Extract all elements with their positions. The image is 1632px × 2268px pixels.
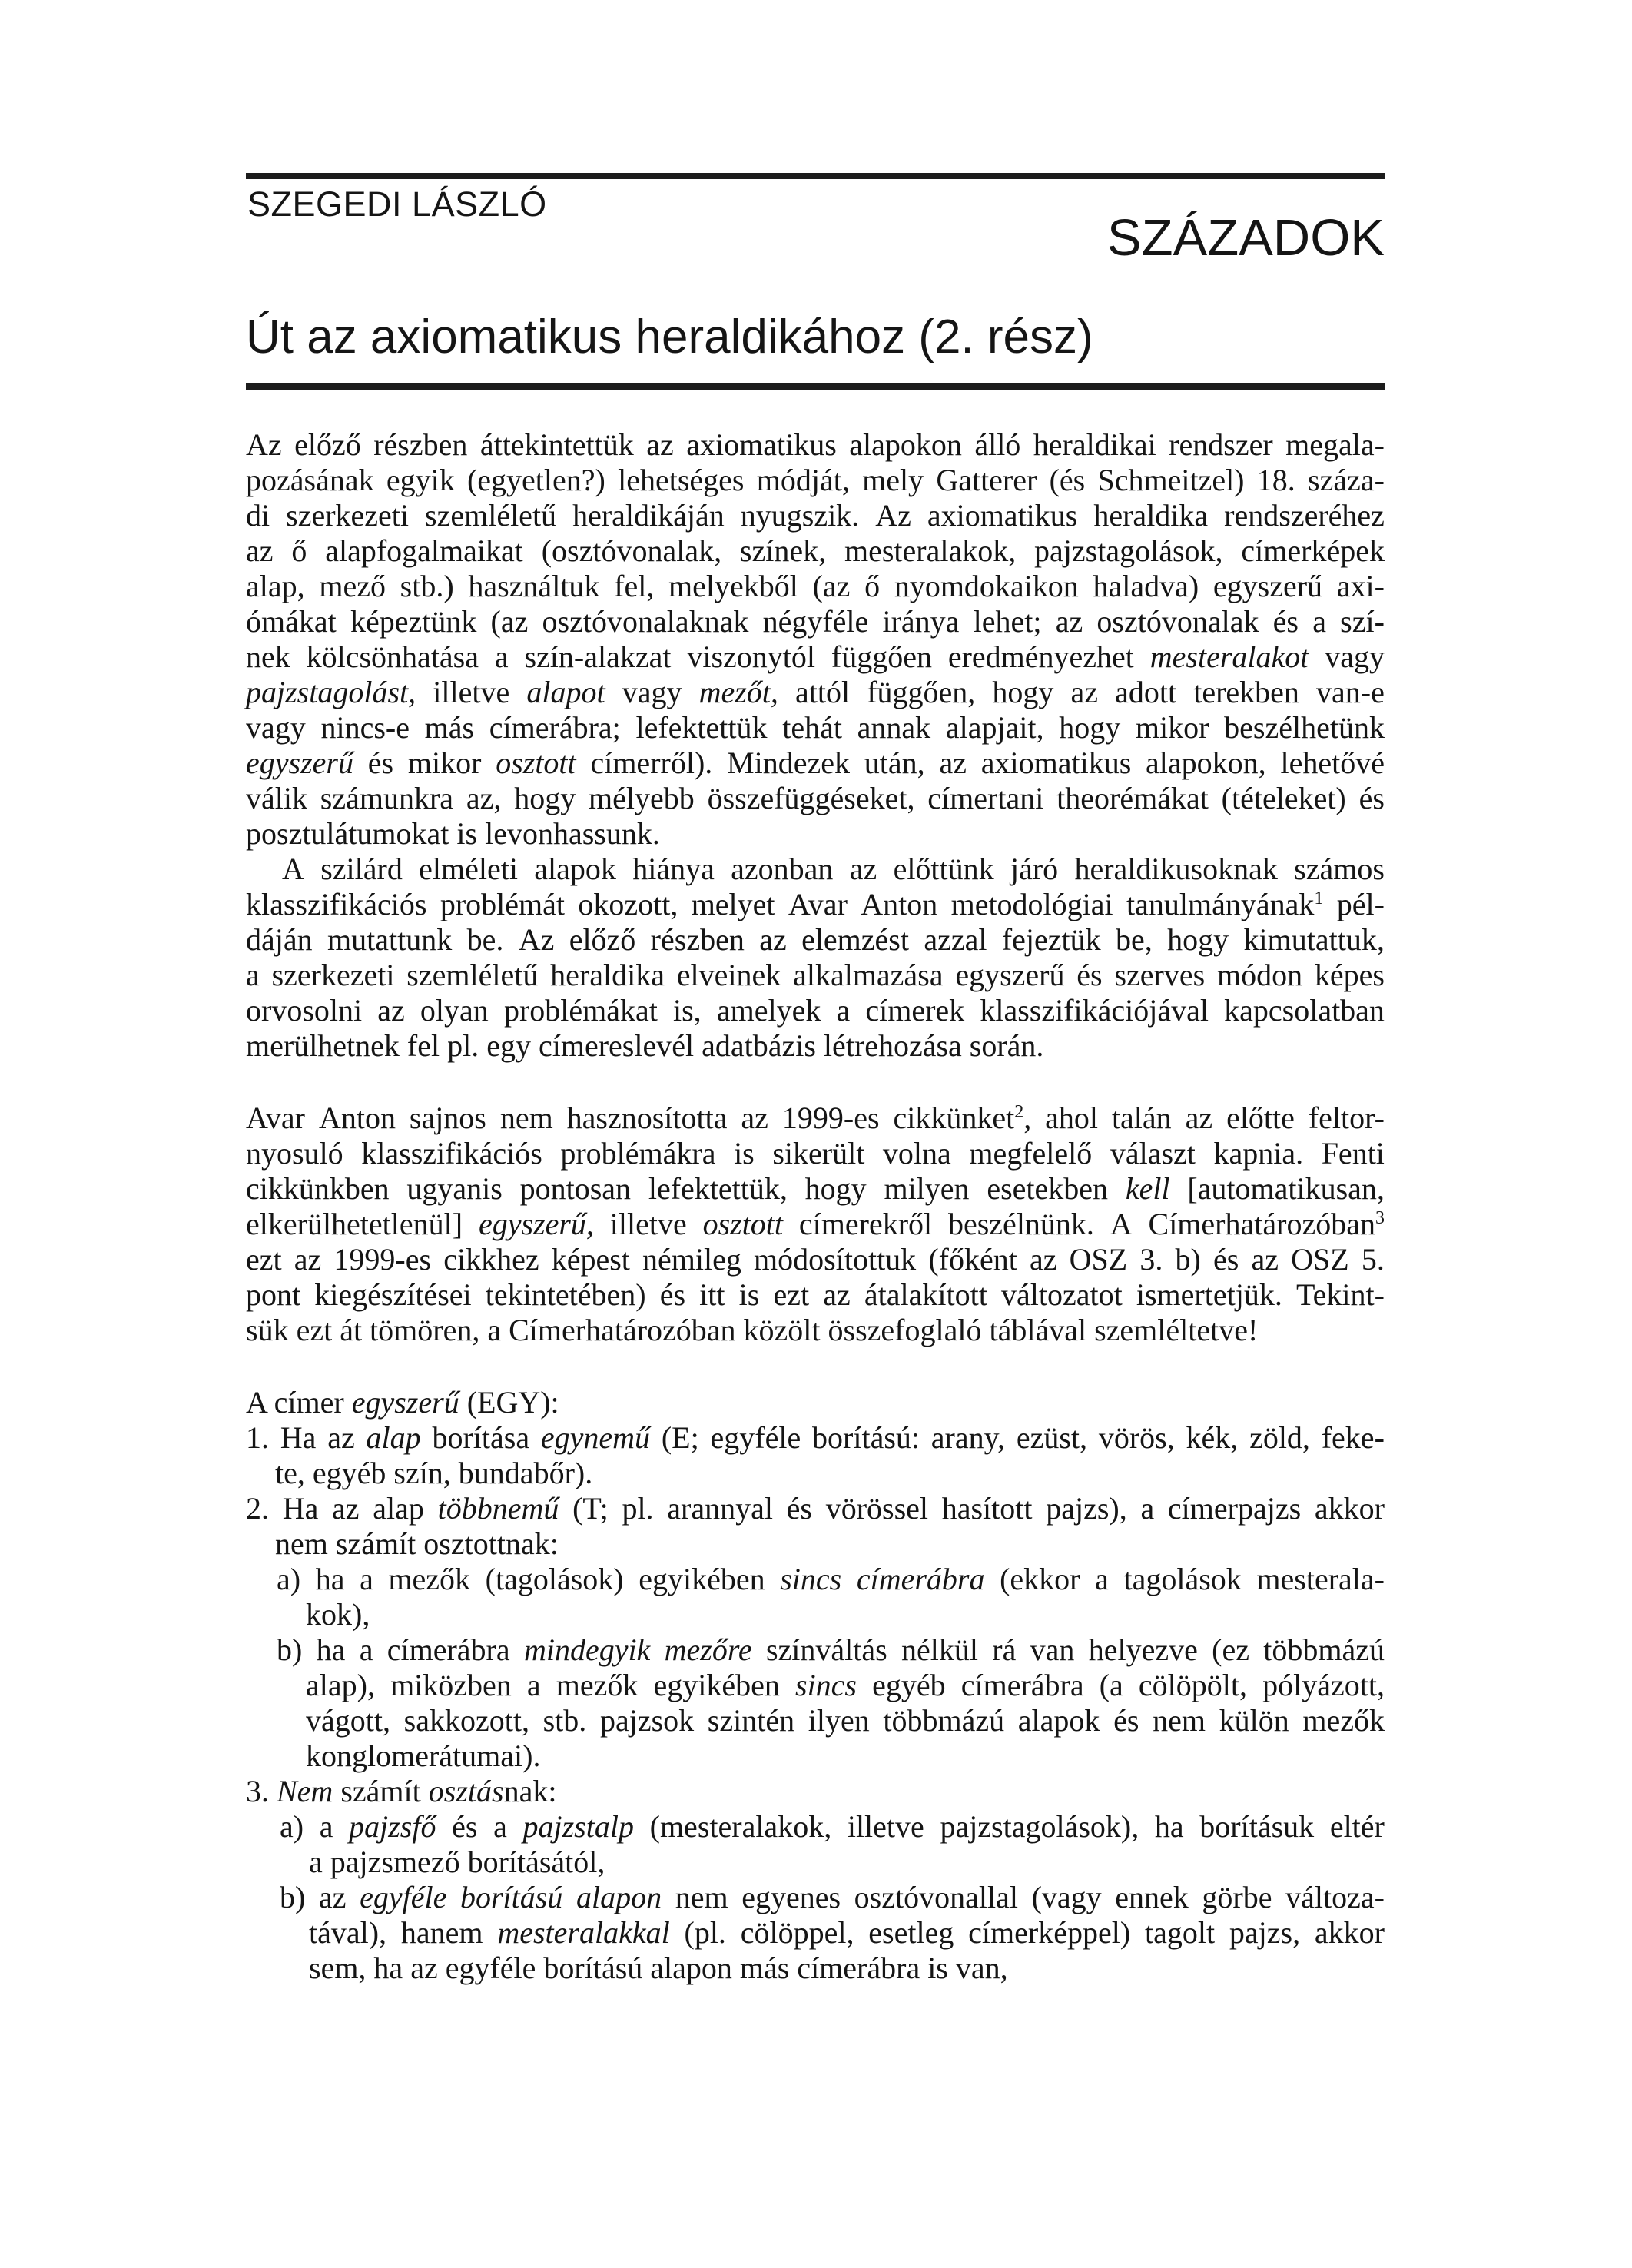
- text-run: sincs: [795, 1668, 857, 1702]
- text-run: haladva): [1093, 569, 1199, 603]
- text-run: (T;: [572, 1491, 609, 1526]
- text-run: képest: [552, 1242, 630, 1277]
- text-run: címerképek: [1241, 533, 1385, 568]
- word: pajzsok: [600, 1703, 694, 1738]
- text-run: görbe: [1202, 1880, 1272, 1914]
- word: szintén: [708, 1703, 794, 1738]
- word: színváltás: [766, 1632, 887, 1668]
- word: ugyanis: [406, 1171, 502, 1207]
- text-run: vörössel: [826, 1491, 928, 1526]
- word: mesteralakot: [1150, 639, 1309, 675]
- text-line: sem, ha az egyféle borítású alapon más c…: [246, 1951, 1385, 1986]
- word: osztott: [496, 745, 576, 781]
- word: álló: [974, 427, 1020, 463]
- text-run: alapfogalmaikat: [325, 533, 523, 568]
- text-line: tával),hanemmesteralakkal(pl.cölöppel,es…: [246, 1915, 1385, 1951]
- text-run: pajzs,: [1229, 1915, 1300, 1950]
- text-run: pajzstagolást,: [246, 675, 416, 709]
- text-run: olyan: [420, 993, 489, 1028]
- text-run: sikerült: [772, 1136, 864, 1171]
- word: elveinek: [677, 958, 781, 993]
- word: a: [1312, 604, 1326, 639]
- text-run: kimutattuk,: [1244, 922, 1385, 957]
- text-run: részben: [373, 427, 467, 462]
- text-line: aszerkezetiszemléletűheraldikaelveinekal…: [246, 958, 1385, 993]
- text-run: ha: [317, 1632, 346, 1667]
- word: (ekkor: [1000, 1562, 1080, 1597]
- word: heraldikáján: [572, 498, 725, 533]
- word: áttekintettük: [480, 427, 634, 463]
- word: az: [1071, 675, 1099, 710]
- word: változa-: [1285, 1880, 1385, 1915]
- text-run: Nem: [277, 1774, 333, 1808]
- text-run: itt: [699, 1277, 725, 1312]
- text-run: borítású:: [812, 1420, 920, 1455]
- word: szilárd: [320, 852, 403, 887]
- text-run: hogy: [805, 1171, 867, 1206]
- body-text: Azelőzőrészbenáttekintettükazaxiomatikus…: [246, 427, 1385, 1986]
- word: az: [319, 1880, 347, 1915]
- word: egyszerű: [955, 958, 1064, 993]
- text-run: pél-: [1337, 887, 1385, 921]
- word: a: [527, 1668, 541, 1703]
- text-run: címerábra: [961, 1668, 1084, 1702]
- text-run: az: [377, 993, 405, 1028]
- word: kölcsönhatása: [307, 639, 479, 675]
- text-run: mezőre: [665, 1632, 752, 1667]
- text-run: változatot: [1001, 1277, 1123, 1312]
- text-run: az: [327, 1420, 355, 1455]
- text-run: mesteralakot: [1150, 639, 1309, 674]
- text-run: szemléletű: [425, 498, 556, 533]
- word: címerpajzs: [1168, 1491, 1301, 1526]
- word: nincs-e: [320, 710, 410, 745]
- word: axiomatikus: [927, 498, 1078, 533]
- text-run: és: [660, 1277, 685, 1312]
- text-run: (mesteralakok,: [650, 1809, 832, 1844]
- text-run: esetekben: [987, 1171, 1108, 1206]
- word: a: [495, 639, 509, 675]
- word: az: [1030, 1242, 1057, 1277]
- text-run: pajzsok: [600, 1703, 694, 1738]
- text-line: b)haacímerábramindegyikmezőreszínváltásn…: [246, 1632, 1385, 1668]
- word: nem: [500, 1101, 553, 1136]
- word: problémákra: [560, 1136, 715, 1171]
- text-line: Azelőzőrészbenáttekintettükazaxiomatikus…: [246, 427, 1385, 463]
- word: 5.: [1362, 1242, 1385, 1277]
- word: a: [1095, 1562, 1109, 1597]
- word: többnemű: [438, 1491, 559, 1526]
- text-run: orvosolni: [246, 993, 362, 1028]
- text-run: vágott,: [306, 1703, 390, 1738]
- text-line: alap,mezőstb.)használtukfel,melyekből(az…: [246, 569, 1385, 604]
- word: mélyebb: [589, 781, 695, 816]
- word: egyik: [386, 463, 455, 498]
- text-run: Mindezek: [727, 745, 850, 780]
- text-run: előző: [569, 922, 636, 957]
- word: ilyen: [808, 1703, 870, 1738]
- text-run: az: [741, 1101, 768, 1135]
- word: a: [246, 958, 260, 993]
- word: b): [1176, 1242, 1201, 1277]
- text-run: osztott: [496, 745, 576, 780]
- word: tagolt: [1145, 1915, 1215, 1951]
- text-run: problémát: [440, 887, 565, 921]
- text-run: (az: [813, 569, 851, 603]
- text-run: iránya: [882, 604, 959, 639]
- word: adott: [1115, 675, 1176, 710]
- word: és: [660, 1277, 685, 1313]
- text-run: Az: [246, 427, 282, 462]
- word: mesterala-: [1256, 1562, 1385, 1597]
- text-run: pajzsfő: [349, 1809, 436, 1844]
- text-run: az: [1186, 1101, 1213, 1135]
- word: osztóvonallal: [854, 1880, 1018, 1915]
- text-run: vörös,: [1099, 1420, 1175, 1455]
- text-run: mélyebb: [589, 781, 695, 815]
- text-run: azonban: [731, 852, 833, 886]
- text-run: a: [360, 1562, 373, 1596]
- word: orvosolni: [246, 993, 362, 1028]
- text-run: a): [277, 1562, 300, 1596]
- text-run: szintén: [708, 1703, 794, 1738]
- text-run: ugyanis: [406, 1171, 502, 1206]
- text-run: alap: [367, 1420, 421, 1455]
- word: előző: [294, 427, 361, 463]
- word: alap,: [246, 569, 305, 604]
- text-run: egyféle: [711, 1420, 801, 1455]
- text-run: ő: [291, 533, 307, 568]
- word: Gatterer: [936, 463, 1037, 498]
- text-run: ómákat: [246, 604, 337, 639]
- text-run: stb.): [400, 569, 454, 603]
- text-run: 1999-es: [333, 1242, 431, 1277]
- word: dáján: [246, 922, 313, 958]
- text-run: nyomdokaikon: [894, 569, 1079, 603]
- text-run: mezők: [556, 1668, 639, 1702]
- word: előtte: [1226, 1101, 1295, 1136]
- word: esetekben: [987, 1171, 1108, 1207]
- text-run: eredményezhet: [948, 639, 1134, 674]
- word: egyféle: [711, 1420, 801, 1456]
- word: melyet: [692, 887, 775, 922]
- text-run: alapokon,: [1146, 745, 1266, 780]
- text-run: szín-alakzat: [524, 639, 671, 674]
- word: eltér: [1330, 1809, 1385, 1845]
- word: terekben: [1193, 675, 1299, 710]
- text-run: akkor: [1315, 1915, 1385, 1950]
- text-run: az: [1071, 675, 1099, 709]
- word: 1999-es: [333, 1242, 431, 1277]
- word: és: [368, 745, 393, 781]
- text-run: az: [823, 1277, 851, 1312]
- text-line: a)apajzsfőésapajzstalp(mesteralakok,ille…: [246, 1809, 1385, 1845]
- word: az: [246, 533, 274, 569]
- word: hogy: [514, 781, 576, 816]
- word: többmázú: [1263, 1632, 1385, 1668]
- word: akkor: [1315, 1915, 1385, 1951]
- text-run: mikor: [1136, 710, 1209, 745]
- word: vörös,: [1099, 1420, 1175, 1456]
- word: mely: [862, 463, 924, 498]
- text-run: után,: [864, 745, 925, 780]
- text-run: annak: [857, 710, 931, 745]
- text-run: egyikében: [639, 1562, 765, 1596]
- text-run: az,: [466, 781, 502, 815]
- text-run: arannyal: [667, 1491, 773, 1526]
- word: alapok: [1018, 1703, 1100, 1738]
- word: problémákat: [504, 993, 658, 1028]
- word: azzal: [924, 922, 987, 958]
- text-run: Anton: [861, 887, 937, 921]
- word: alap),: [306, 1668, 375, 1703]
- word: pontosan: [520, 1171, 631, 1207]
- text-run: alkalmazása: [793, 958, 943, 992]
- word: itt: [699, 1277, 725, 1313]
- word: szín-alakzat: [524, 639, 671, 675]
- word: pajzs),: [1046, 1491, 1127, 1526]
- word: mesteralakkal: [497, 1915, 669, 1951]
- word: válik: [246, 781, 307, 816]
- text-run: egyféle: [360, 1880, 446, 1914]
- text-run: Anton: [319, 1101, 396, 1135]
- text-run: is: [734, 1136, 755, 1171]
- word: van-e: [1316, 675, 1385, 710]
- text-run: Avar: [246, 1101, 305, 1135]
- text-run: mikor: [408, 745, 482, 780]
- text-run: és: [787, 1491, 812, 1526]
- text-run: függően,: [867, 675, 975, 709]
- word: függően: [831, 639, 932, 675]
- text-run: a: [836, 993, 850, 1028]
- word: sajnos: [410, 1101, 486, 1136]
- text-run: nyosuló: [246, 1136, 343, 1171]
- word: számunkra: [320, 781, 453, 816]
- word: az: [646, 427, 674, 463]
- text-line: egyszerűésmikorosztottcímerről).Mindezek…: [246, 745, 1385, 781]
- word: szemléletű: [425, 498, 556, 533]
- text-run: axiomatikus: [686, 427, 837, 462]
- text-run: amelyek: [717, 993, 821, 1028]
- word: Avar: [246, 1101, 305, 1136]
- text-run: az: [850, 852, 877, 886]
- word: az: [939, 745, 967, 781]
- text-run: klasszifikációjával: [980, 993, 1209, 1028]
- text-run: a: [527, 1668, 541, 1702]
- text-line: 3. Nem számít osztásnak:: [246, 1774, 1385, 1809]
- text-run: Gatterer: [936, 463, 1037, 497]
- word: sincs: [795, 1668, 857, 1703]
- text-run: sincs: [780, 1562, 841, 1596]
- text-run: akkor: [1315, 1491, 1385, 1526]
- text-run: rendszeréhez: [1224, 498, 1385, 533]
- text-run: járó: [1010, 852, 1058, 886]
- text-run: hogy: [1167, 922, 1229, 957]
- word: függően,: [867, 675, 975, 710]
- text-run: négyféle: [763, 604, 869, 639]
- text-run: pontosan: [520, 1171, 631, 1206]
- text-run: Schmeitzel): [1097, 463, 1244, 497]
- text-run: Ha: [280, 1420, 317, 1455]
- text-line: a pajzsmező borításától,: [246, 1845, 1385, 1880]
- text-run: stb.: [543, 1703, 587, 1738]
- word: (T;: [572, 1491, 609, 1526]
- word: mezők: [556, 1668, 639, 1703]
- word: hogy: [992, 675, 1053, 710]
- word: fel,: [614, 569, 654, 604]
- text-run: a pajzsmező borításától,: [309, 1845, 605, 1879]
- text-run: nincs-e: [320, 710, 410, 745]
- text-run: adott: [1115, 675, 1176, 709]
- text-run: az: [246, 533, 274, 568]
- text-run: heraldika: [1093, 498, 1208, 533]
- text-run: melyet: [692, 887, 775, 921]
- text-line: vágott,sakkozott,stb.pajzsokszinténilyen…: [246, 1703, 1385, 1738]
- word: rá: [992, 1632, 1016, 1668]
- word: lefektettük: [635, 710, 767, 745]
- word: osztóvonalaknak: [542, 604, 749, 639]
- text-run: vagy: [246, 710, 306, 745]
- text-line: A címer egyszerű (EGY):: [246, 1385, 1385, 1420]
- text-run: az: [646, 427, 674, 462]
- word: olyan: [420, 993, 489, 1028]
- text-run: vagy: [1325, 639, 1385, 674]
- text-run: ezt: [246, 1242, 282, 1277]
- text-line: dájánmutattunkbe.Azelőzőrészbenazelemzés…: [246, 922, 1385, 958]
- text-run: sem, ha az egyféle borítású alapon más c…: [309, 1951, 1008, 1985]
- word: Anton: [319, 1101, 396, 1136]
- text-run: van-e: [1316, 675, 1385, 709]
- text-run: a): [280, 1809, 304, 1844]
- word: 1.: [246, 1420, 269, 1456]
- text-run: osztott: [703, 1207, 783, 1241]
- word: kapcsolatban: [1224, 993, 1385, 1028]
- word: alapfogalmaikat: [325, 533, 523, 569]
- word: alap: [367, 1420, 421, 1456]
- text-run: heraldikáján: [572, 498, 725, 533]
- text-run: változa-: [1285, 1880, 1385, 1914]
- word: borítása: [432, 1420, 529, 1456]
- text-run: volna: [883, 1136, 951, 1171]
- word: megala-: [1285, 427, 1385, 463]
- word: módosítottuk: [754, 1242, 916, 1277]
- word: elkerülhetetlenül]: [246, 1207, 463, 1242]
- word: előző: [569, 922, 636, 958]
- word: hasznosította: [567, 1101, 728, 1136]
- word: ómákat: [246, 604, 337, 639]
- text-run: (EGY):: [459, 1385, 559, 1420]
- text-run: kölcsönhatása: [307, 639, 479, 674]
- text-run: lehet;: [974, 604, 1042, 639]
- word: a): [280, 1809, 304, 1845]
- word: változatot: [1001, 1277, 1123, 1313]
- word: illetve: [610, 1207, 687, 1242]
- word: viszonytól: [687, 639, 815, 675]
- text-run: hogy: [514, 781, 576, 815]
- text-line: ómákatképeztünk(azosztóvonalaknaknégyfél…: [246, 604, 1385, 639]
- word: Fenti: [1322, 1136, 1385, 1171]
- word: egyszerű: [246, 745, 353, 781]
- word: alapokon,: [1146, 745, 1266, 781]
- word: (és: [1050, 463, 1086, 498]
- document-page: SZEGEDI LÁSZLÓ SZÁZADOK Út az axiomatiku…: [0, 0, 1632, 2268]
- text-run: tagolt: [1145, 1915, 1215, 1950]
- word: miközben: [390, 1668, 512, 1703]
- text-run: alap,: [246, 569, 305, 603]
- word: lehet;: [974, 604, 1042, 639]
- text-run: sakkozott,: [404, 1703, 529, 1738]
- text-run: a: [1095, 1562, 1109, 1596]
- word: pont: [246, 1277, 300, 1313]
- text-run: (főként: [928, 1242, 1017, 1277]
- word: részben: [651, 922, 745, 958]
- word: az: [294, 1242, 322, 1277]
- text-run: függően: [831, 639, 932, 674]
- word: az: [759, 922, 787, 958]
- text-run: és: [1076, 958, 1102, 992]
- text-line: konglomerátumai).: [246, 1738, 1385, 1774]
- word: címerek: [865, 993, 964, 1028]
- text-run: mesteralakkal: [497, 1915, 669, 1950]
- word: haladva): [1093, 569, 1199, 604]
- word: axi-: [1337, 569, 1385, 604]
- text-run: tával),: [309, 1915, 386, 1950]
- word: pajzstagolások,: [1034, 533, 1223, 569]
- text-run: elveinek: [677, 958, 781, 992]
- word: klasszifikációjával: [980, 993, 1209, 1028]
- text-run: mely: [862, 463, 924, 497]
- word: összefüggéseket,: [708, 781, 915, 816]
- text-run: miközben: [390, 1668, 512, 1702]
- word: képeztünk: [350, 604, 476, 639]
- text-run: [automatikusan,: [1187, 1171, 1385, 1206]
- word: és: [787, 1491, 812, 1526]
- text-run: előző: [294, 427, 361, 462]
- word: OSZ: [1291, 1242, 1349, 1277]
- text-run: mező: [319, 569, 386, 603]
- word: ennek: [1115, 1880, 1189, 1915]
- word: után,: [864, 745, 925, 781]
- word: hanem: [401, 1915, 483, 1951]
- text-run: azzal: [924, 922, 987, 957]
- text-run: cikkünket: [893, 1101, 1014, 1135]
- word: az: [1056, 604, 1083, 639]
- text-run: az: [294, 1242, 322, 1277]
- text-run: pont: [246, 1277, 300, 1312]
- text-run: címerről).: [590, 745, 712, 780]
- text-line: kok),: [246, 1597, 1385, 1632]
- word: az: [1186, 1101, 1213, 1136]
- word: mindegyik: [524, 1632, 650, 1668]
- text-run: és: [1113, 1703, 1139, 1738]
- text-run: egynemű: [541, 1420, 650, 1455]
- word: alapon: [576, 1880, 662, 1915]
- text-run: kok),: [306, 1597, 370, 1632]
- word: is: [734, 1136, 755, 1171]
- word: kapnia.: [1213, 1136, 1303, 1171]
- word: módját,: [757, 463, 850, 498]
- text-run: tehát: [782, 710, 842, 745]
- text-run: ha: [316, 1562, 345, 1596]
- word: (mesteralakok,: [650, 1809, 832, 1845]
- text-run: alapokon: [849, 427, 962, 462]
- text-run: megfelelő: [969, 1136, 1092, 1171]
- text-run: A: [1110, 1207, 1133, 1241]
- text-run: címerképpel): [968, 1915, 1130, 1950]
- text-run: hasznosította: [567, 1101, 728, 1135]
- text-run: osztóvonalak: [1096, 604, 1259, 639]
- word: tekintetében): [486, 1277, 646, 1313]
